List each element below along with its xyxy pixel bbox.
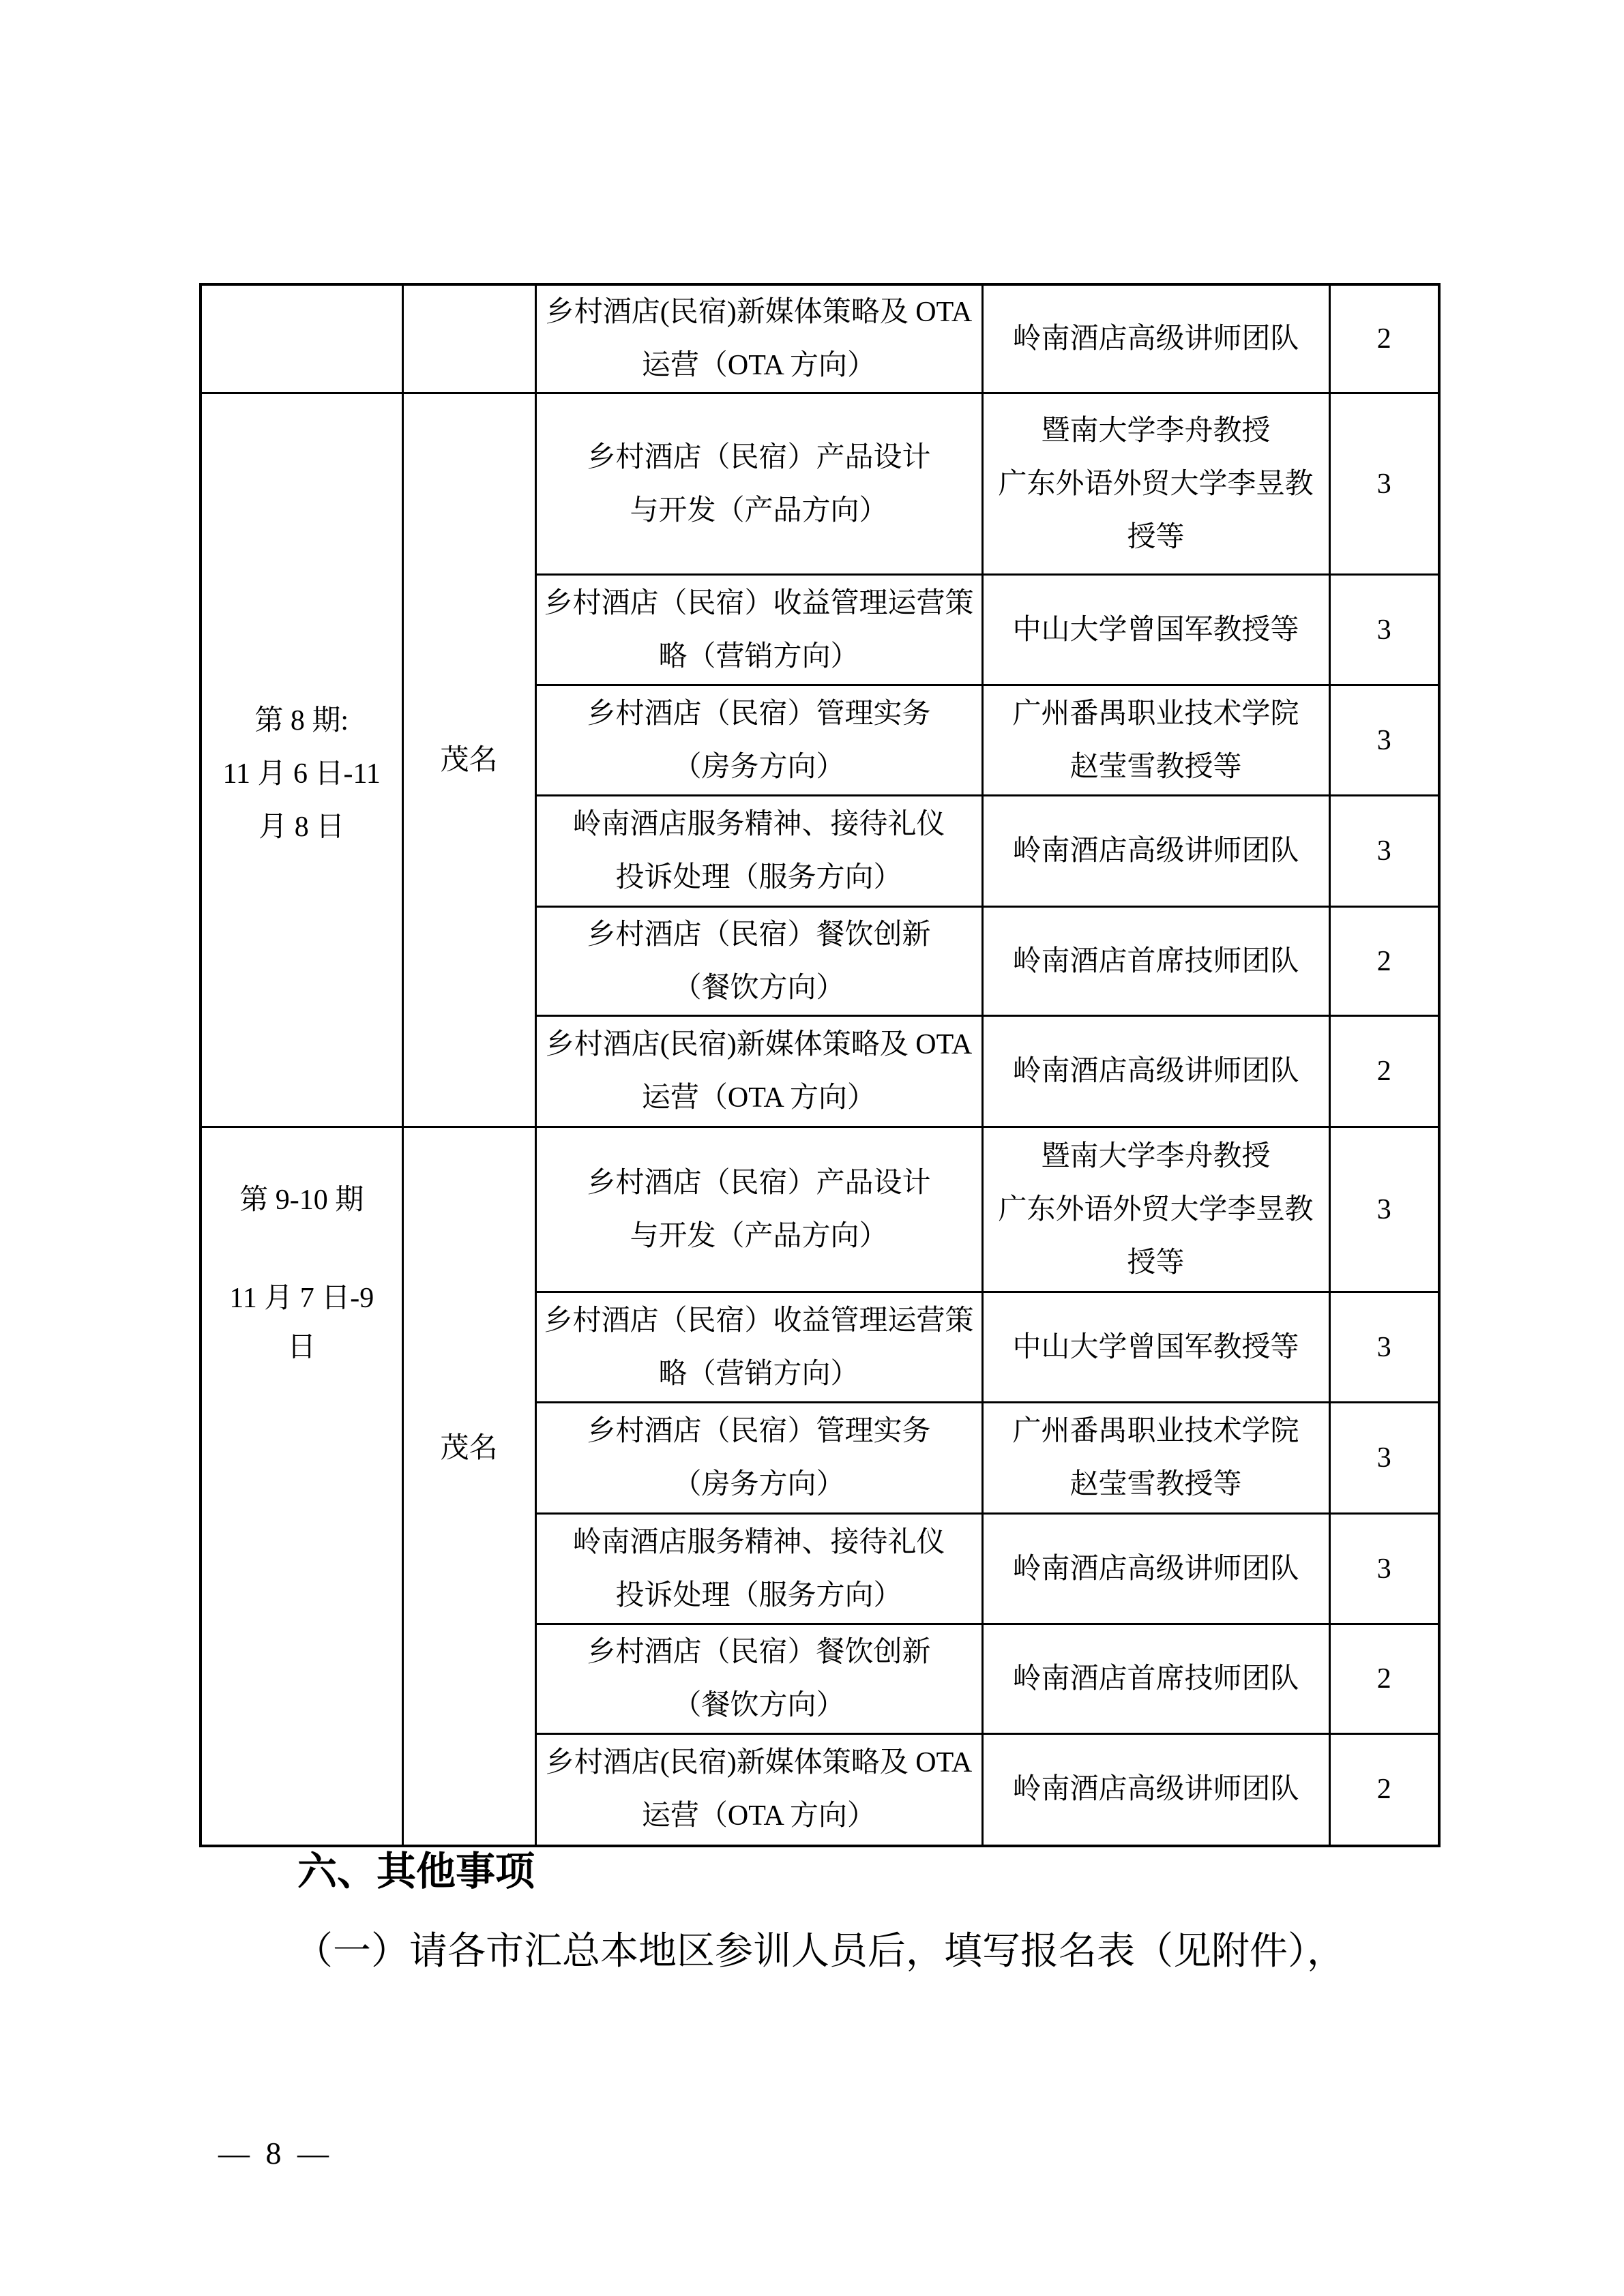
- days-cell: 3: [1329, 796, 1439, 907]
- days-cell: 2: [1329, 1734, 1439, 1846]
- days-value: 3: [1331, 714, 1438, 767]
- days-cell: 2: [1329, 284, 1439, 393]
- instructor-cell: 中山大学曾国军教授等: [982, 1292, 1329, 1403]
- course-cell: 乡村酒店（民宿）餐饮创新 （餐饮方向）: [535, 907, 982, 1016]
- section-paragraph: （一）请各市汇总本地区参训人员后，填写报名表（见附件），: [218, 1920, 1408, 1984]
- course-cell: 乡村酒店(民宿)新媒体策略及 OTA 运营（OTA 方向）: [535, 284, 982, 393]
- course-cell: 乡村酒店（民宿）管理实务 （房务方向）: [535, 685, 982, 796]
- location-cell: 茂名: [402, 393, 535, 1127]
- instructor-cell: 岭南酒店首席技师团队: [982, 907, 1329, 1016]
- days-value: 3: [1331, 1431, 1438, 1485]
- course-name: 乡村酒店（民宿）管理实务 （房务方向）: [537, 687, 981, 794]
- course-cell: 乡村酒店(民宿)新媒体策略及 OTA 运营（OTA 方向）: [535, 1016, 982, 1127]
- instructor-cell: 岭南酒店高级讲师团队: [982, 284, 1329, 393]
- location-label: 茂名: [404, 1422, 535, 1475]
- period-label: 第 8 期: 11 月 6 日-11 月 8 日: [202, 694, 402, 854]
- instructor-cell: 岭南酒店高级讲师团队: [982, 1016, 1329, 1127]
- course-name: 乡村酒店(民宿)新媒体策略及 OTA 运营（OTA 方向）: [537, 1018, 981, 1124]
- instructor-name: 岭南酒店高级讲师团队: [984, 1045, 1329, 1098]
- course-name: 乡村酒店（民宿）产品设计 与开发（产品方向）: [537, 1157, 981, 1263]
- days-cell: 3: [1329, 393, 1439, 575]
- instructor-name: 岭南酒店首席技师团队: [984, 1652, 1329, 1705]
- table-row: 第 9-10 期 11 月 7 日-9 日 茂名 乡村酒店（民宿）产品设计 与开…: [201, 1127, 1439, 1292]
- instructor-cell: 岭南酒店高级讲师团队: [982, 1734, 1329, 1846]
- instructor-name: 广州番禺职业技术学院 赵莹雪教授等: [984, 1405, 1329, 1511]
- course-name: 乡村酒店（民宿）餐饮创新 （餐饮方向）: [537, 908, 981, 1015]
- empty-period-cell: [201, 284, 402, 393]
- course-name: 岭南酒店服务精神、接待礼仪 投诉处理（服务方向）: [537, 1516, 981, 1622]
- days-value: 2: [1331, 935, 1438, 988]
- days-cell: 3: [1329, 1127, 1439, 1292]
- days-value: 2: [1331, 1045, 1438, 1098]
- days-cell: 2: [1329, 1016, 1439, 1127]
- instructor-name: 岭南酒店高级讲师团队: [984, 1763, 1329, 1816]
- section-heading: 六、其他事项: [218, 1841, 1408, 1903]
- instructor-cell: 广州番禺职业技术学院 赵莹雪教授等: [982, 1403, 1329, 1514]
- days-value: 3: [1331, 603, 1438, 657]
- days-value: 3: [1331, 1183, 1438, 1236]
- days-cell: 2: [1329, 1624, 1439, 1734]
- course-cell: 乡村酒店（民宿）产品设计 与开发（产品方向）: [535, 1127, 982, 1292]
- days-cell: 2: [1329, 907, 1439, 1016]
- course-cell: 乡村酒店(民宿)新媒体策略及 OTA 运营（OTA 方向）: [535, 1734, 982, 1846]
- course-cell: 乡村酒店（民宿）管理实务 （房务方向）: [535, 1403, 982, 1514]
- course-name: 乡村酒店（民宿）餐饮创新 （餐饮方向）: [537, 1626, 981, 1732]
- page-number: — 8 —: [218, 2133, 333, 2174]
- empty-location-cell: [402, 284, 535, 393]
- table-row: 乡村酒店(民宿)新媒体策略及 OTA 运营（OTA 方向） 岭南酒店高级讲师团队…: [201, 284, 1439, 393]
- days-cell: 3: [1329, 1514, 1439, 1624]
- instructor-name: 岭南酒店高级讲师团队: [984, 824, 1329, 878]
- instructor-name: 中山大学曾国军教授等: [984, 1321, 1329, 1374]
- days-value: 2: [1331, 1763, 1438, 1816]
- days-value: 3: [1331, 458, 1438, 511]
- instructor-cell: 岭南酒店高级讲师团队: [982, 796, 1329, 907]
- instructor-name: 岭南酒店首席技师团队: [984, 935, 1329, 988]
- course-name: 乡村酒店（民宿）产品设计 与开发（产品方向）: [537, 431, 981, 537]
- period-cell: 第 9-10 期 11 月 7 日-9 日: [201, 1127, 402, 1846]
- course-cell: 乡村酒店（民宿）餐饮创新 （餐饮方向）: [535, 1624, 982, 1734]
- instructor-name: 岭南酒店高级讲师团队: [984, 1542, 1329, 1596]
- days-value: 3: [1331, 1321, 1438, 1374]
- days-value: 3: [1331, 1542, 1438, 1596]
- instructor-name: 暨南大学李舟教授 广东外语外贸大学李昱教 授等: [984, 404, 1329, 564]
- course-name: 乡村酒店（民宿）收益管理运营策 略（营销方向）: [537, 1294, 981, 1401]
- period-label: 第 9-10 期 11 月 7 日-9 日: [202, 1176, 402, 1372]
- instructor-cell: 暨南大学李舟教授 广东外语外贸大学李昱教 授等: [982, 393, 1329, 575]
- document-page: 乡村酒店(民宿)新媒体策略及 OTA 运营（OTA 方向） 岭南酒店高级讲师团队…: [0, 0, 1624, 2296]
- course-name: 乡村酒店（民宿）管理实务 （房务方向）: [537, 1405, 981, 1511]
- location-label: 茂名: [404, 734, 535, 787]
- days-value: 2: [1331, 1652, 1438, 1705]
- table-row: 第 8 期: 11 月 6 日-11 月 8 日 茂名 乡村酒店（民宿）产品设计…: [201, 393, 1439, 575]
- days-value: 3: [1331, 824, 1438, 878]
- course-cell: 岭南酒店服务精神、接待礼仪 投诉处理（服务方向）: [535, 796, 982, 907]
- training-schedule-table: 乡村酒店(民宿)新媒体策略及 OTA 运营（OTA 方向） 岭南酒店高级讲师团队…: [199, 283, 1441, 1847]
- instructor-cell: 广州番禺职业技术学院 赵莹雪教授等: [982, 685, 1329, 796]
- course-cell: 乡村酒店（民宿）收益管理运营策 略（营销方向）: [535, 575, 982, 685]
- instructor-name: 中山大学曾国军教授等: [984, 603, 1329, 657]
- days-cell: 3: [1329, 1403, 1439, 1514]
- days-cell: 3: [1329, 1292, 1439, 1403]
- days-cell: 3: [1329, 685, 1439, 796]
- course-cell: 岭南酒店服务精神、接待礼仪 投诉处理（服务方向）: [535, 1514, 982, 1624]
- days-cell: 3: [1329, 575, 1439, 685]
- location-cell: 茂名: [402, 1127, 535, 1846]
- course-name: 乡村酒店(民宿)新媒体策略及 OTA 运营（OTA 方向）: [537, 286, 981, 392]
- instructor-cell: 岭南酒店首席技师团队: [982, 1624, 1329, 1734]
- instructor-name: 岭南酒店高级讲师团队: [984, 312, 1329, 366]
- course-name: 岭南酒店服务精神、接待礼仪 投诉处理（服务方向）: [537, 798, 981, 904]
- instructor-cell: 岭南酒店高级讲师团队: [982, 1514, 1329, 1624]
- period-cell: 第 8 期: 11 月 6 日-11 月 8 日: [201, 393, 402, 1127]
- course-name: 乡村酒店(民宿)新媒体策略及 OTA 运营（OTA 方向）: [537, 1736, 981, 1843]
- instructor-cell: 中山大学曾国军教授等: [982, 575, 1329, 685]
- course-cell: 乡村酒店（民宿）产品设计 与开发（产品方向）: [535, 393, 982, 575]
- instructor-name: 暨南大学李舟教授 广东外语外贸大学李昱教 授等: [984, 1130, 1329, 1289]
- instructor-cell: 暨南大学李舟教授 广东外语外贸大学李昱教 授等: [982, 1127, 1329, 1292]
- instructor-name: 广州番禺职业技术学院 赵莹雪教授等: [984, 687, 1329, 794]
- days-value: 2: [1331, 312, 1438, 366]
- course-cell: 乡村酒店（民宿）收益管理运营策 略（营销方向）: [535, 1292, 982, 1403]
- course-name: 乡村酒店（民宿）收益管理运营策 略（营销方向）: [537, 577, 981, 683]
